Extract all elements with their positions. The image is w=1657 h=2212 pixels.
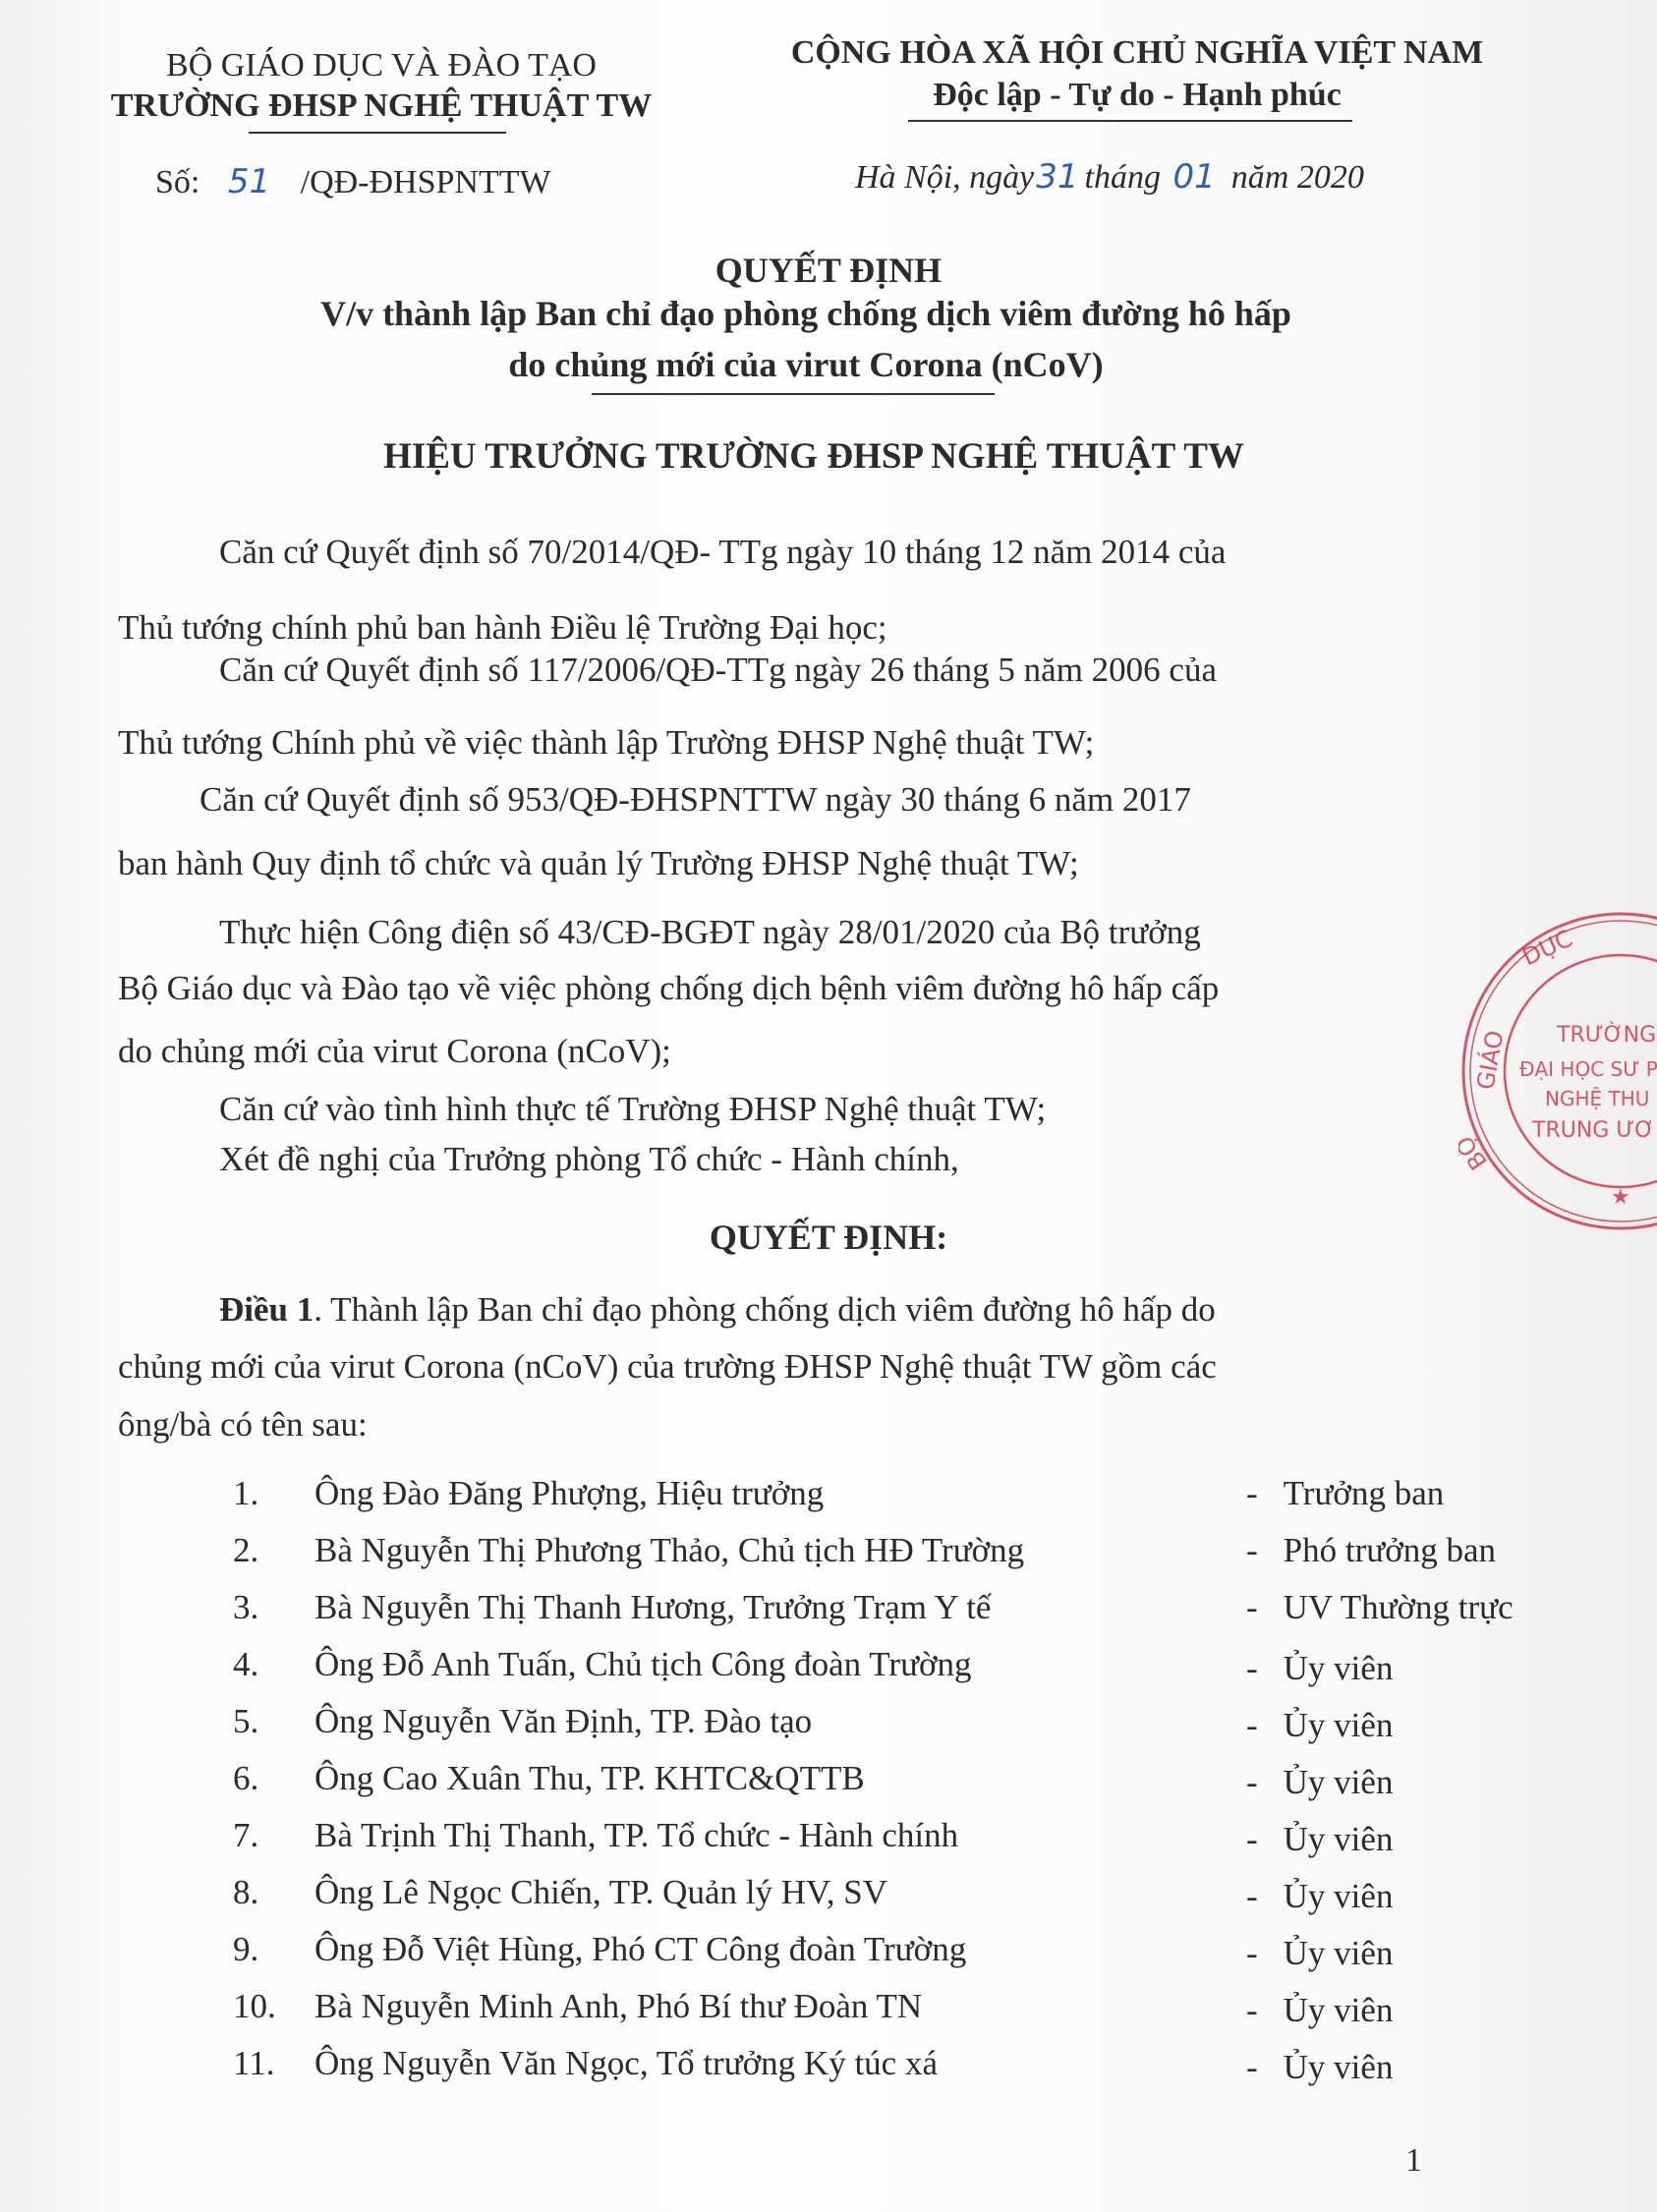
motto: Độc lập - Tự do - Hạnh phúc bbox=[933, 76, 1342, 115]
list-item: 6.Ông Cao Xuân Thu, TP. KHTC&QTTB bbox=[233, 1759, 865, 1798]
svg-text:TRƯỜNG: TRƯỜNG bbox=[1556, 1022, 1656, 1048]
svg-text:BỘ: BỘ bbox=[1458, 1131, 1493, 1176]
preamble-2-line2: Thủ tướng Chính phủ về việc thành lập Tr… bbox=[118, 722, 1094, 764]
number-label: Số: bbox=[155, 164, 200, 200]
member-number: 2. bbox=[233, 1531, 314, 1570]
date-day-handwritten: 31 bbox=[1036, 157, 1078, 197]
list-item: 8.Ông Lê Ngọc Chiến, TP. Quản lý HV, SV bbox=[233, 1873, 887, 1912]
member-name: Ông Đỗ Việt Hùng, Phó CT Công đoàn Trườn… bbox=[314, 1930, 966, 1968]
role-dash: - bbox=[1246, 2048, 1258, 2086]
member-role: -Ủy viên bbox=[1246, 2048, 1393, 2087]
role-title: Ủy viên bbox=[1284, 2048, 1394, 2086]
member-name: Bà Nguyễn Minh Anh, Phó Bí thư Đoàn TN bbox=[314, 1987, 922, 2025]
role-title: Ủy viên bbox=[1284, 1934, 1394, 1972]
member-role: -Ủy viên bbox=[1246, 1649, 1393, 1688]
member-number: 1. bbox=[233, 1474, 314, 1513]
document-date: Hà Nội, ngày31tháng 01năm 2020 bbox=[855, 157, 1364, 198]
member-role: -Ủy viên bbox=[1246, 1820, 1393, 1859]
list-item: 1.Ông Đào Đăng Phượng, Hiệu trưởng bbox=[233, 1474, 824, 1513]
member-role: -Ủy viên bbox=[1246, 1934, 1393, 1973]
preamble-5: Căn cứ vào tình hình thực tế Trường ĐHSP… bbox=[219, 1089, 1046, 1130]
member-name: Ông Đào Đăng Phượng, Hiệu trưởng bbox=[314, 1474, 824, 1512]
member-role: -Ủy viên bbox=[1246, 1877, 1393, 1916]
member-role: -Phó trưởng ban bbox=[1246, 1531, 1496, 1570]
list-item: 10.Bà Nguyễn Minh Anh, Phó Bí thư Đoàn T… bbox=[233, 1987, 922, 2026]
list-item: 5.Ông Nguyễn Văn Định, TP. Đào tạo bbox=[233, 1702, 812, 1741]
article-1-line3: ông/bà có tên sau: bbox=[118, 1404, 368, 1446]
member-role: -Ủy viên bbox=[1246, 1763, 1393, 1802]
role-title: Ủy viên bbox=[1284, 1763, 1394, 1801]
member-name: Ông Đỗ Anh Tuấn, Chủ tịch Công đoàn Trườ… bbox=[314, 1645, 972, 1683]
member-number: 3. bbox=[233, 1588, 314, 1627]
preamble-4-line1: Thực hiện Công điện số 43/CĐ-BGĐT ngày 2… bbox=[219, 912, 1201, 953]
list-item: 3.Bà Nguyễn Thị Thanh Hương, Trưởng Trạm… bbox=[233, 1588, 991, 1627]
role-dash: - bbox=[1246, 1474, 1258, 1512]
role-dash: - bbox=[1246, 1820, 1258, 1858]
member-number: 5. bbox=[233, 1702, 314, 1741]
preamble-2-line1: Căn cứ Quyết định số 117/2006/QĐ-TTg ngà… bbox=[219, 650, 1217, 691]
member-number: 8. bbox=[233, 1873, 314, 1912]
member-number: 6. bbox=[233, 1759, 314, 1798]
member-number: 9. bbox=[233, 1930, 314, 1969]
role-dash: - bbox=[1246, 1763, 1258, 1801]
member-role: -Ủy viên bbox=[1246, 1706, 1393, 1745]
article-1-text: . Thành lập Ban chỉ đạo phòng chống dịch… bbox=[314, 1290, 1216, 1329]
list-item: 7.Bà Trịnh Thị Thanh, TP. Tổ chức - Hành… bbox=[233, 1816, 958, 1855]
role-dash: - bbox=[1246, 1588, 1258, 1626]
svg-text:NGHỆ THU: NGHỆ THU bbox=[1545, 1087, 1649, 1110]
page-number: 1 bbox=[1405, 2142, 1422, 2180]
role-title: UV Thường trực bbox=[1284, 1588, 1514, 1626]
role-title: Ủy viên bbox=[1284, 1649, 1394, 1687]
role-title: Trưởng ban bbox=[1284, 1474, 1445, 1512]
role-title: Ủy viên bbox=[1284, 1991, 1394, 2029]
svg-text:TRUNG ƯƠ: TRUNG ƯƠ bbox=[1531, 1118, 1654, 1143]
school-name: TRƯỜNG ĐHSP NGHỆ THUẬT TW bbox=[111, 86, 652, 126]
member-name: Bà Nguyễn Thị Phương Thảo, Chủ tịch HĐ T… bbox=[314, 1531, 1024, 1569]
ministry-name: BỘ GIÁO DỤC VÀ ĐÀO TẠO bbox=[166, 46, 597, 85]
member-name: Ông Cao Xuân Thu, TP. KHTC&QTTB bbox=[314, 1759, 865, 1797]
list-item: 4.Ông Đỗ Anh Tuấn, Chủ tịch Công đoàn Tr… bbox=[233, 1645, 972, 1684]
role-dash: - bbox=[1246, 1706, 1258, 1744]
list-item: 9.Ông Đỗ Việt Hùng, Phó CT Công đoàn Trư… bbox=[233, 1930, 966, 1969]
svg-text:ĐẠI HỌC SƯ P: ĐẠI HỌC SƯ P bbox=[1519, 1057, 1657, 1081]
school-underline bbox=[249, 132, 506, 134]
role-title: Ủy viên bbox=[1284, 1706, 1394, 1744]
article-1-line2: chủng mới của virut Corona (nCoV) của tr… bbox=[118, 1346, 1217, 1388]
country-name: CỘNG HÒA XÃ HỘI CHỦ NGHĨA VIỆT NAM bbox=[791, 33, 1483, 73]
role-title: Ủy viên bbox=[1284, 1820, 1394, 1858]
member-number: 11. bbox=[233, 2044, 314, 2083]
member-role: -UV Thường trực bbox=[1246, 1588, 1514, 1627]
list-item: 2.Bà Nguyễn Thị Phương Thảo, Chủ tịch HĐ… bbox=[233, 1531, 1024, 1570]
date-place: Hà Nội, ngày bbox=[855, 159, 1034, 196]
member-name: Ông Nguyễn Văn Định, TP. Đào tạo bbox=[314, 1702, 812, 1740]
role-dash: - bbox=[1246, 1991, 1258, 2029]
svg-text:GIÁO: GIÁO bbox=[1470, 1028, 1509, 1092]
preamble-1-line2: Thủ tướng chính phủ ban hành Điều lệ Trư… bbox=[118, 607, 887, 649]
date-month-handwritten: 01 bbox=[1173, 157, 1216, 197]
role-dash: - bbox=[1246, 1649, 1258, 1687]
list-item: 11.Ông Nguyễn Văn Ngọc, Tổ trưởng Ký túc… bbox=[233, 2044, 938, 2083]
member-number: 10. bbox=[233, 1987, 314, 2026]
subject-underline bbox=[592, 393, 995, 395]
preamble-4-line3: do chủng mới của virut Corona (nCoV); bbox=[118, 1031, 671, 1072]
member-role: -Ủy viên bbox=[1246, 1991, 1393, 2030]
preamble-6: Xét đề nghị của Trưởng phòng Tổ chức - H… bbox=[219, 1139, 959, 1180]
member-name: Ông Nguyễn Văn Ngọc, Tổ trưởng Ký túc xá bbox=[314, 2044, 938, 2082]
role-dash: - bbox=[1246, 1877, 1258, 1915]
role-dash: - bbox=[1246, 1934, 1258, 1972]
number-handwritten: 51 bbox=[228, 162, 270, 201]
member-number: 4. bbox=[233, 1645, 314, 1684]
date-month-label: tháng bbox=[1085, 159, 1161, 196]
preamble-3-line1: Căn cứ Quyết định số 953/QĐ-ĐHSPNTTW ngà… bbox=[200, 779, 1191, 821]
role-title: Ủy viên bbox=[1284, 1877, 1394, 1915]
issuing-authority: HIỆU TRƯỞNG TRƯỜNG ĐHSP NGHỆ THUẬT TW bbox=[383, 435, 1244, 478]
role-title: Phó trưởng ban bbox=[1284, 1531, 1496, 1569]
decision-title: QUYẾT ĐỊNH bbox=[715, 250, 942, 291]
preamble-1-line1: Căn cứ Quyết định số 70/2014/QĐ- TTg ngà… bbox=[219, 532, 1226, 573]
official-stamp-icon: DỤC V GIÁO BỘ TRƯỜNG ĐẠI HỌC SƯ P NGHỆ T… bbox=[1458, 909, 1657, 1233]
role-dash: - bbox=[1246, 1531, 1258, 1569]
document-number: Số: 51 /QĐ-ĐHSPNTTW bbox=[155, 162, 551, 202]
member-number: 7. bbox=[233, 1816, 314, 1855]
decision-subject-line1: V/v thành lập Ban chỉ đạo phòng chống dị… bbox=[320, 293, 1291, 334]
svg-text:★: ★ bbox=[1611, 1185, 1630, 1210]
article-1-line1: Điều 1. Thành lập Ban chỉ đạo phòng chốn… bbox=[219, 1289, 1216, 1331]
date-year: năm 2020 bbox=[1231, 159, 1364, 196]
member-name: Bà Trịnh Thị Thanh, TP. Tổ chức - Hành c… bbox=[314, 1816, 958, 1854]
preamble-3-line2: ban hành Quy định tổ chức và quản lý Trư… bbox=[118, 843, 1079, 884]
member-name: Ông Lê Ngọc Chiến, TP. Quản lý HV, SV bbox=[314, 1873, 887, 1911]
article-1-label: Điều 1 bbox=[219, 1290, 314, 1329]
svg-text:V: V bbox=[1653, 928, 1657, 959]
member-name: Bà Nguyễn Thị Thanh Hương, Trưởng Trạm Y… bbox=[314, 1588, 991, 1626]
member-role: -Trưởng ban bbox=[1246, 1474, 1444, 1513]
decision-subject-line2: do chủng mới của virut Corona (nCoV) bbox=[508, 344, 1103, 385]
decision-heading: QUYẾT ĐỊNH: bbox=[710, 1217, 947, 1258]
preamble-4-line2: Bộ Giáo dục và Đào tạo về việc phòng chố… bbox=[118, 968, 1219, 1009]
motto-underline bbox=[908, 120, 1352, 122]
number-suffix: /QĐ-ĐHSPNTTW bbox=[301, 164, 551, 200]
